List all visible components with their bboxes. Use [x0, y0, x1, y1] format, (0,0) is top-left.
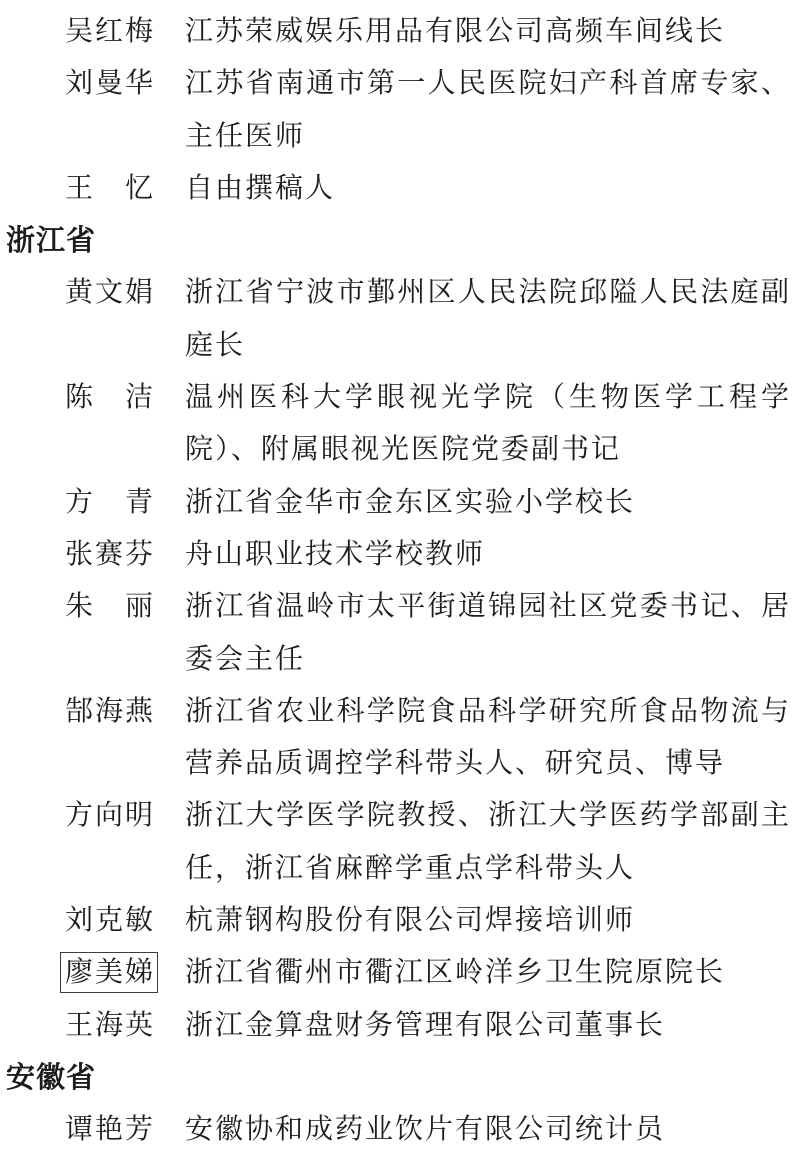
entry-row: 吴红梅 江苏荣威娱乐用品有限公司高频车间线长 — [0, 6, 800, 58]
entry-row: 朱 丽 浙江省温岭市太平街道锦园社区党委书记、居委会主任 — [0, 581, 800, 686]
entry-name: 廖美娣 — [65, 947, 153, 999]
boxed-person-name: 廖美娣 — [65, 957, 153, 988]
entry-name: 刘克敏 — [65, 895, 153, 947]
entry-row: 陈 洁 温州医科大学眼视光学院（生物医学工程学院）、附属眼视光医院党委副书记 — [0, 372, 800, 477]
entry-description: 温州医科大学眼视光学院（生物医学工程学院）、附属眼视光医院党委副书记 — [185, 372, 791, 477]
entry-row: 廖美娣 浙江省衢州市衢江区岭洋乡卫生院原院长 — [0, 947, 800, 999]
entry-description: 江苏省南通市第一人民医院妇产科首席专家、主任医师 — [185, 58, 791, 163]
entry-description: 舟山职业技术学校教师 — [185, 529, 791, 581]
entry-description: 自由撰稿人 — [185, 163, 791, 215]
entry-name: 朱 丽 — [65, 581, 153, 633]
entry-name: 方 青 — [65, 477, 153, 529]
person-name: 谭艳芳 — [65, 1114, 153, 1145]
person-name: 吴红梅 — [65, 16, 153, 47]
person-name: 张赛芬 — [65, 539, 153, 570]
person-name: 黄文娟 — [65, 277, 153, 308]
entry-name: 方向明 — [65, 790, 153, 842]
person-name: 刘克敏 — [65, 905, 153, 936]
person-name: 方向明 — [65, 800, 153, 831]
entry-description: 安徽协和成药业饮片有限公司统计员 — [185, 1104, 791, 1156]
section-header-zhejiang: 浙江省 — [6, 215, 800, 267]
person-name: 陈 洁 — [65, 382, 153, 413]
entry-name: 王海英 — [65, 1000, 153, 1052]
entry-description: 浙江金算盘财务管理有限公司董事长 — [185, 1000, 791, 1052]
section-header-anhui: 安徽省 — [6, 1052, 800, 1104]
entry-description: 杭萧钢构股份有限公司焊接培训师 — [185, 895, 791, 947]
entry-name: 张赛芬 — [65, 529, 153, 581]
entry-row: 张赛芬 舟山职业技术学校教师 — [0, 529, 800, 581]
entry-name: 陈 洁 — [65, 372, 153, 424]
person-name: 刘曼华 — [65, 68, 153, 99]
entry-row: 方向明 浙江大学医学院教授、浙江大学医药学部副主任，浙江省麻醉学重点学科带头人 — [0, 790, 800, 895]
entry-description: 浙江省衢州市衢江区岭洋乡卫生院原院长 — [185, 947, 791, 999]
person-name: 郜海燕 — [65, 696, 153, 727]
entry-name: 郜海燕 — [65, 686, 153, 738]
entry-row: 黄文娟 浙江省宁波市鄞州区人民法院邱隘人民法庭副庭长 — [0, 267, 800, 372]
entry-row: 刘克敏 杭萧钢构股份有限公司焊接培训师 — [0, 895, 800, 947]
entry-name: 刘曼华 — [65, 58, 153, 110]
person-name: 王海英 — [65, 1010, 153, 1041]
entry-row: 郜海燕 浙江省农业科学院食品科学研究所食品物流与营养品质调控学科带头人、研究员、… — [0, 686, 800, 791]
person-name: 方 青 — [65, 487, 153, 518]
entry-description: 浙江省宁波市鄞州区人民法院邱隘人民法庭副庭长 — [185, 267, 791, 372]
entry-row: 谭艳芳 安徽协和成药业饮片有限公司统计员 — [0, 1104, 800, 1156]
document-page: 吴红梅 江苏荣威娱乐用品有限公司高频车间线长 刘曼华 江苏省南通市第一人民医院妇… — [0, 0, 800, 1157]
entry-description: 江苏荣威娱乐用品有限公司高频车间线长 — [185, 6, 791, 58]
entry-row: 王 忆 自由撰稿人 — [0, 163, 800, 215]
entry-name: 吴红梅 — [65, 6, 153, 58]
entry-name: 谭艳芳 — [65, 1104, 153, 1156]
entry-name: 王 忆 — [65, 163, 153, 215]
person-name: 朱 丽 — [65, 591, 153, 622]
entry-row: 方 青 浙江省金华市金东区实验小学校长 — [0, 477, 800, 529]
entry-row: 王海英 浙江金算盘财务管理有限公司董事长 — [0, 1000, 800, 1052]
entry-description: 浙江大学医学院教授、浙江大学医药学部副主任，浙江省麻醉学重点学科带头人 — [185, 790, 791, 895]
entry-description: 浙江省金华市金东区实验小学校长 — [185, 477, 791, 529]
entry-description: 浙江省温岭市太平街道锦园社区党委书记、居委会主任 — [185, 581, 791, 686]
entry-name: 黄文娟 — [65, 267, 153, 319]
entry-description: 浙江省农业科学院食品科学研究所食品物流与营养品质调控学科带头人、研究员、博导 — [185, 686, 791, 791]
entry-row: 刘曼华 江苏省南通市第一人民医院妇产科首席专家、主任医师 — [0, 58, 800, 163]
person-name: 王 忆 — [65, 173, 153, 204]
